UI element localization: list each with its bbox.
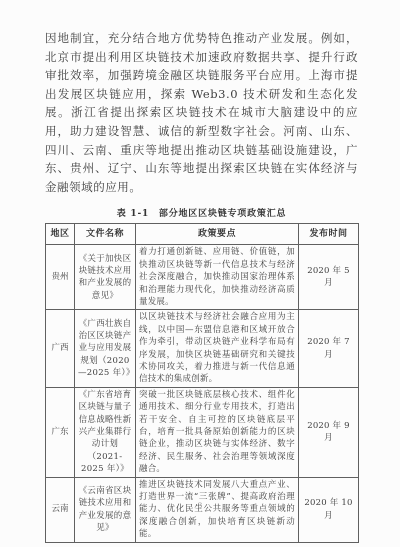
header-region: 地区 [46,224,75,245]
cell-region: 贵州 [46,245,75,310]
cell-date: 2020 年 9 月 [299,387,359,477]
cell-points: 突破一批区块链底层核心技术、组件化通用技术、细分行业专用技术，打造出若干安全、自… [136,387,299,477]
cell-document: 《关于加快区块链技术应用和产业发展的意见》 [75,245,136,310]
table-row: 广西 《广西壮族自治区区块链产业与应用发展规划（2020—2025 年）》 以区… [46,310,359,387]
body-paragraph: 因地制宜，充分结合地方优势特色推动产业发展。例如，北京市提出利用区块链技术加速政… [45,29,358,196]
header-document: 文件名称 [75,224,136,245]
header-date: 发布时间 [299,224,359,245]
table-row: 贵州 《关于加快区块链技术应用和产业发展的意见》 着力打通创新链、应用链、价值链… [46,245,359,310]
table-row: 广东 《广东省培育区块链与量子信息战略性新兴产业集群行动计划（2021-2025… [46,387,359,477]
document-page: 因地制宜，充分结合地方优势特色推动产业发展。例如，北京市提出利用区块链技术加速政… [0,0,400,547]
cell-points: 着力打通创新链、应用链、价值链，加快推动区块链等新一代信息技术与经济社会深度融合… [136,245,299,310]
cell-region: 广东 [46,387,75,477]
page-number: 3 [0,501,400,510]
policy-table: 地区 文件名称 政策要点 发布时间 贵州 《关于加快区块链技术应用和产业发展的意… [45,223,359,542]
table-title: 表 1-1 部分地区区块链专项政策汇总 [45,206,358,219]
table-header-row: 地区 文件名称 政策要点 发布时间 [46,224,359,245]
cell-date: 2020 年 7 月 [299,310,359,387]
cell-region: 广西 [46,310,75,387]
cell-date: 2020 年 5 月 [299,245,359,310]
cell-points: 以区块链技术与经济社会融合应用为主线，以中国—东盟信息港和区域开放合作为牵引，带… [136,310,299,387]
cell-document: 《广东省培育区块链与量子信息战略性新兴产业集群行动计划（2021-2025 年）… [75,387,136,477]
header-points: 政策要点 [136,224,299,245]
cell-document: 《广西壮族自治区区块链产业与应用发展规划（2020—2025 年）》 [75,310,136,387]
